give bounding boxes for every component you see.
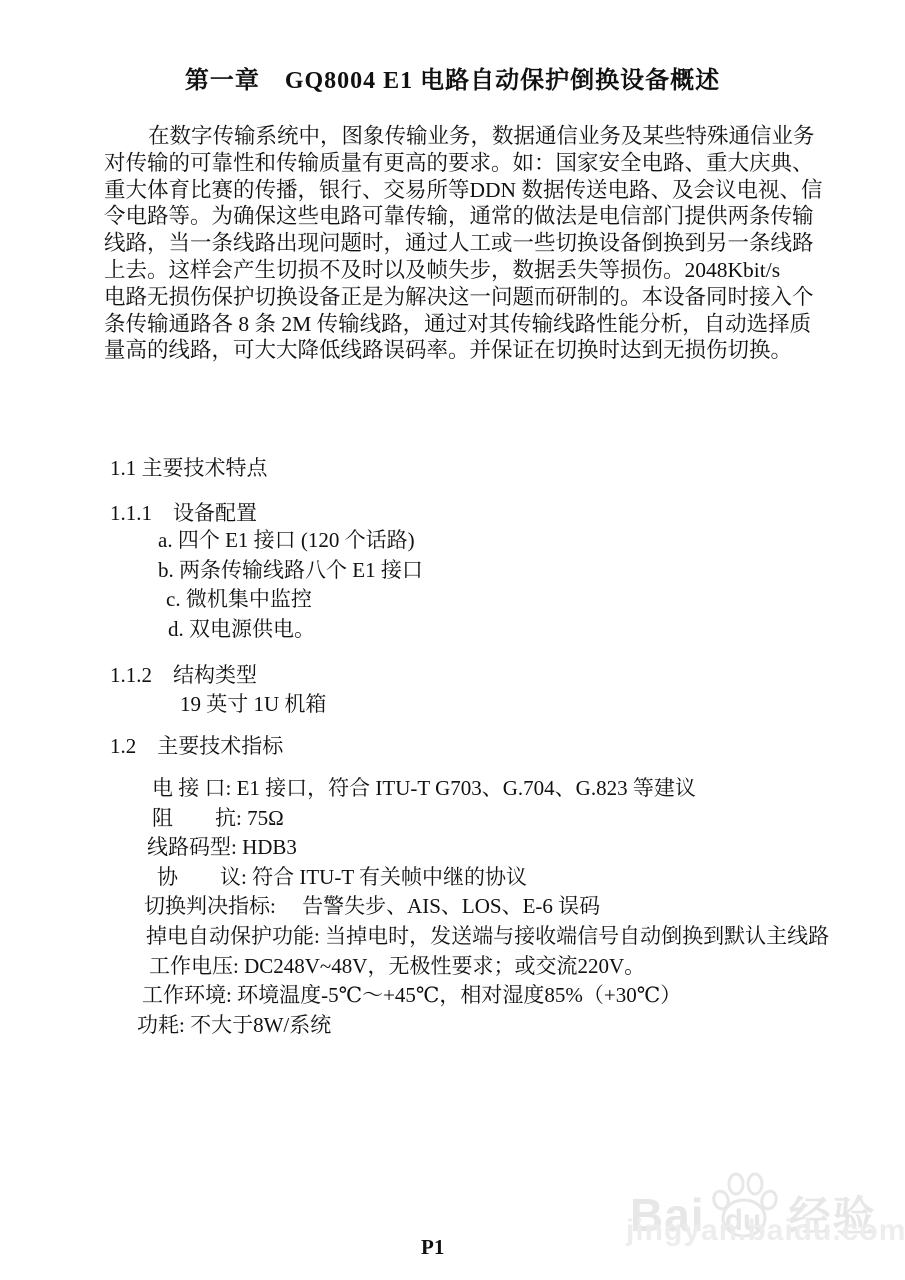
section-heading-1-1: 1.1 主要技术特点	[110, 452, 268, 482]
spec-line: 工作电压: DC248V~48V，无极性要求；或交流220V。	[137, 952, 829, 982]
spec-line: 电 接 口: E1 接口，符合 ITU-T G703、G.704、G.823 等…	[137, 774, 829, 804]
baidu-jingyan-watermark: Bai du 经验 jingyan.baidu.com	[622, 1152, 905, 1262]
chapter-title: 第一章 GQ8004 E1 电路自动保护倒换设备概述	[0, 60, 905, 95]
paragraph-line: 重大体育比赛的传播，银行、交易所等DDN 数据传送电路、及会议电视、信	[104, 177, 818, 204]
spec-line: 功耗: 不大于8W/系统	[137, 1011, 829, 1041]
paragraph-line: 条传输通路各 8 条 2M 传输线路，通过对其传输线路性能分析，自动选择质	[104, 311, 818, 338]
paragraph-line: 对传输的可靠性和传输质量有更高的要求。如：国家安全电路、重大庆典、	[104, 150, 818, 177]
spec-line: 线路码型: HDB3	[137, 833, 829, 863]
spec-line: 切换判决指标: 告警失步、AIS、LOS、E-6 误码	[137, 892, 829, 922]
tech-spec-list: 电 接 口: E1 接口，符合 ITU-T G703、G.704、G.823 等…	[137, 774, 829, 1040]
spec-line: 阻 抗: 75Ω	[137, 804, 829, 834]
list-item: d. 双电源供电。	[158, 615, 423, 645]
section-heading-1-1-1: 1.1.1 设备配置	[110, 497, 257, 527]
paragraph-line: 量高的线路，可大大降低线路误码率。并保证在切换时达到无损伤切换。	[104, 337, 818, 364]
spec-line: 掉电自动保护功能: 当掉电时，发送端与接收端信号自动倒换到默认主线路	[137, 922, 829, 952]
paragraph-line: 令电路等。为确保这些电路可靠传输，通常的做法是电信部门提供两条传输	[104, 203, 818, 230]
intro-paragraph: 在数字传输系统中，图象传输业务，数据通信业务及某些特殊通信业务 对传输的可靠性和…	[104, 123, 818, 364]
spec-line: 工作环境: 环境温度-5℃～+45℃，相对湿度85%（+30℃）	[137, 981, 829, 1011]
structure-type-text: 19 英寸 1U 机箱	[180, 688, 326, 718]
list-item: b. 两条传输线路八个 E1 接口	[158, 556, 423, 586]
watermark-url: jingyan.baidu.com	[626, 1214, 905, 1248]
page-number: P1	[421, 1235, 444, 1260]
section-heading-1-2: 1.2 主要技术指标	[110, 730, 283, 760]
paragraph-line: 线路，当一条线路出现问题时，通过人工或一些切换设备倒换到另一条线路	[104, 230, 818, 257]
list-item: c. 微机集中监控	[158, 585, 423, 615]
section-heading-1-1-2: 1.1.2 结构类型	[110, 659, 257, 689]
device-config-list: a. 四个 E1 接口 (120 个话路) b. 两条传输线路八个 E1 接口 …	[158, 526, 423, 644]
paragraph-line: 电路无损伤保护切换设备正是为解决这一问题而研制的。本设备同时接入个	[104, 284, 818, 311]
paragraph-line: 在数字传输系统中，图象传输业务，数据通信业务及某些特殊通信业务	[104, 123, 818, 150]
paragraph-line: 上去。这样会产生切损不及时以及帧失步，数据丢失等损伤。2048Kbit/s	[104, 257, 818, 284]
document-page: 第一章 GQ8004 E1 电路自动保护倒换设备概述 在数字传输系统中，图象传输…	[0, 0, 905, 1280]
list-item: a. 四个 E1 接口 (120 个话路)	[158, 526, 423, 556]
spec-line: 协 议: 符合 ITU-T 有关帧中继的协议	[137, 863, 829, 893]
